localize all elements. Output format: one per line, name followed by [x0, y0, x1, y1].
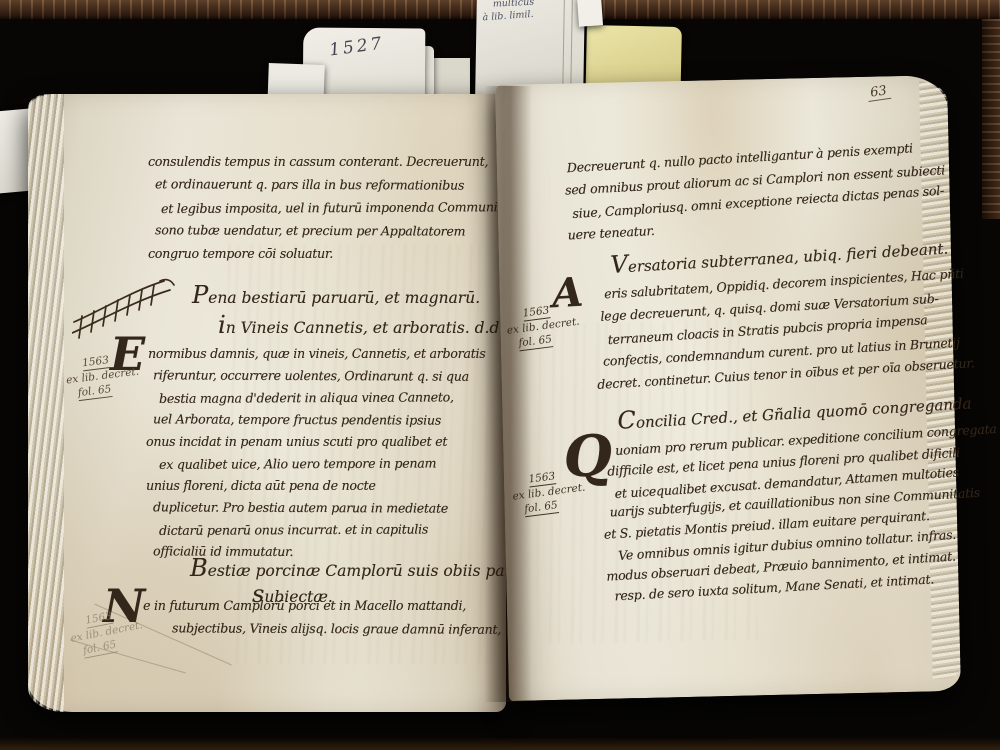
margin-note: 1563 ex lib. decret. fol. 65: [66, 603, 146, 660]
manuscript-line: bestia magna d'dederit in aliqua vinea C…: [159, 386, 486, 410]
manuscript-photo: 1527 Cli glori multicus à lib. limil. co…: [0, 0, 1000, 750]
paragraph-aeris: eris salubritatem, Oppidiq. decorem insp…: [591, 262, 975, 396]
wood-shelf-right: [982, 19, 1000, 219]
bookmark-tab-fragment: [577, 0, 603, 27]
page-stack-edge-left: [28, 94, 64, 712]
manuscript-line: ex qualibet uice, Alio uero tempore in p…: [159, 452, 486, 476]
manuscript-line: et legibus imposita, uel in futurū impon…: [161, 195, 524, 220]
margin-note: 1563 ex lib. decret. fol. 65: [64, 350, 142, 403]
wood-shelf-bottom: [0, 738, 1000, 750]
manuscript-line: unius floreni, dicta aūt pena de nocte: [146, 475, 485, 497]
manuscript-line: uel Arborata, tempore fructus pendentis …: [153, 408, 486, 431]
manuscript-line: riferuntur, occurrere uolentes, Ordinaru…: [153, 364, 486, 387]
right-page-text-block: Decreuerunt q. nullo pacto intelligantur…: [492, 61, 979, 702]
manuscript-line: subjectibus, Vineis alijsq. locis graue …: [172, 616, 501, 640]
left-page: consulendis tempus in cassum conterant. …: [28, 94, 506, 712]
right-page: 63 1563 ex lib. decret. fol. 65 1563 ex …: [495, 75, 961, 701]
manuscript-line: dictarū penarū onus incurrat. et in capi…: [159, 518, 486, 542]
paragraph-quoniam: uoniam pro rerum publicar. expeditione c…: [599, 419, 1000, 608]
heading-line-text: in Vineis Cannetis, et arboratis. d.d.: [218, 319, 504, 337]
margin-note-folio: fol. 65: [77, 382, 112, 401]
tab-year-label: 1527: [328, 33, 385, 60]
tab-handwritten-line-2: à lib. limil.: [482, 9, 534, 24]
manuscript-line: et ordinauerunt q. pars illa in bus refo…: [155, 172, 524, 197]
manuscript-line: onus incidat in penam unius scuti pro qu…: [146, 431, 485, 453]
paragraph-consulendis: consulendis tempus in cassum conterant. …: [148, 150, 524, 265]
manuscript-line: normibus damnis, quæ in vineis, Cannetis…: [148, 343, 485, 365]
heading-line: Bestiæ porcinæ Camplorū suis obiis panis: [190, 557, 527, 583]
paragraph-decreuerunt: Decreuerunt q. nullo pacto intelligantur…: [556, 136, 948, 248]
manuscript-line: duplicetur. Pro bestia autem parua in me…: [153, 496, 486, 519]
drop-cap-A: A: [551, 273, 584, 315]
manuscript-line: congruo tempore cōi soluatur.: [148, 242, 524, 265]
manuscript-line: consulendis tempus in cassum conterant. …: [148, 150, 524, 173]
manuscript-line: e in futurum Camplorū porci et in Macell…: [143, 594, 501, 617]
paragraph-enormibus: normibus damnis, quæ in vineis, Cannetis…: [146, 343, 485, 563]
manuscript-line: sono tubæ uendatur, et precium per Appal…: [155, 218, 524, 243]
paragraph-ne-in-futurum: e in futurum Camplorū porci et in Macell…: [138, 594, 501, 640]
